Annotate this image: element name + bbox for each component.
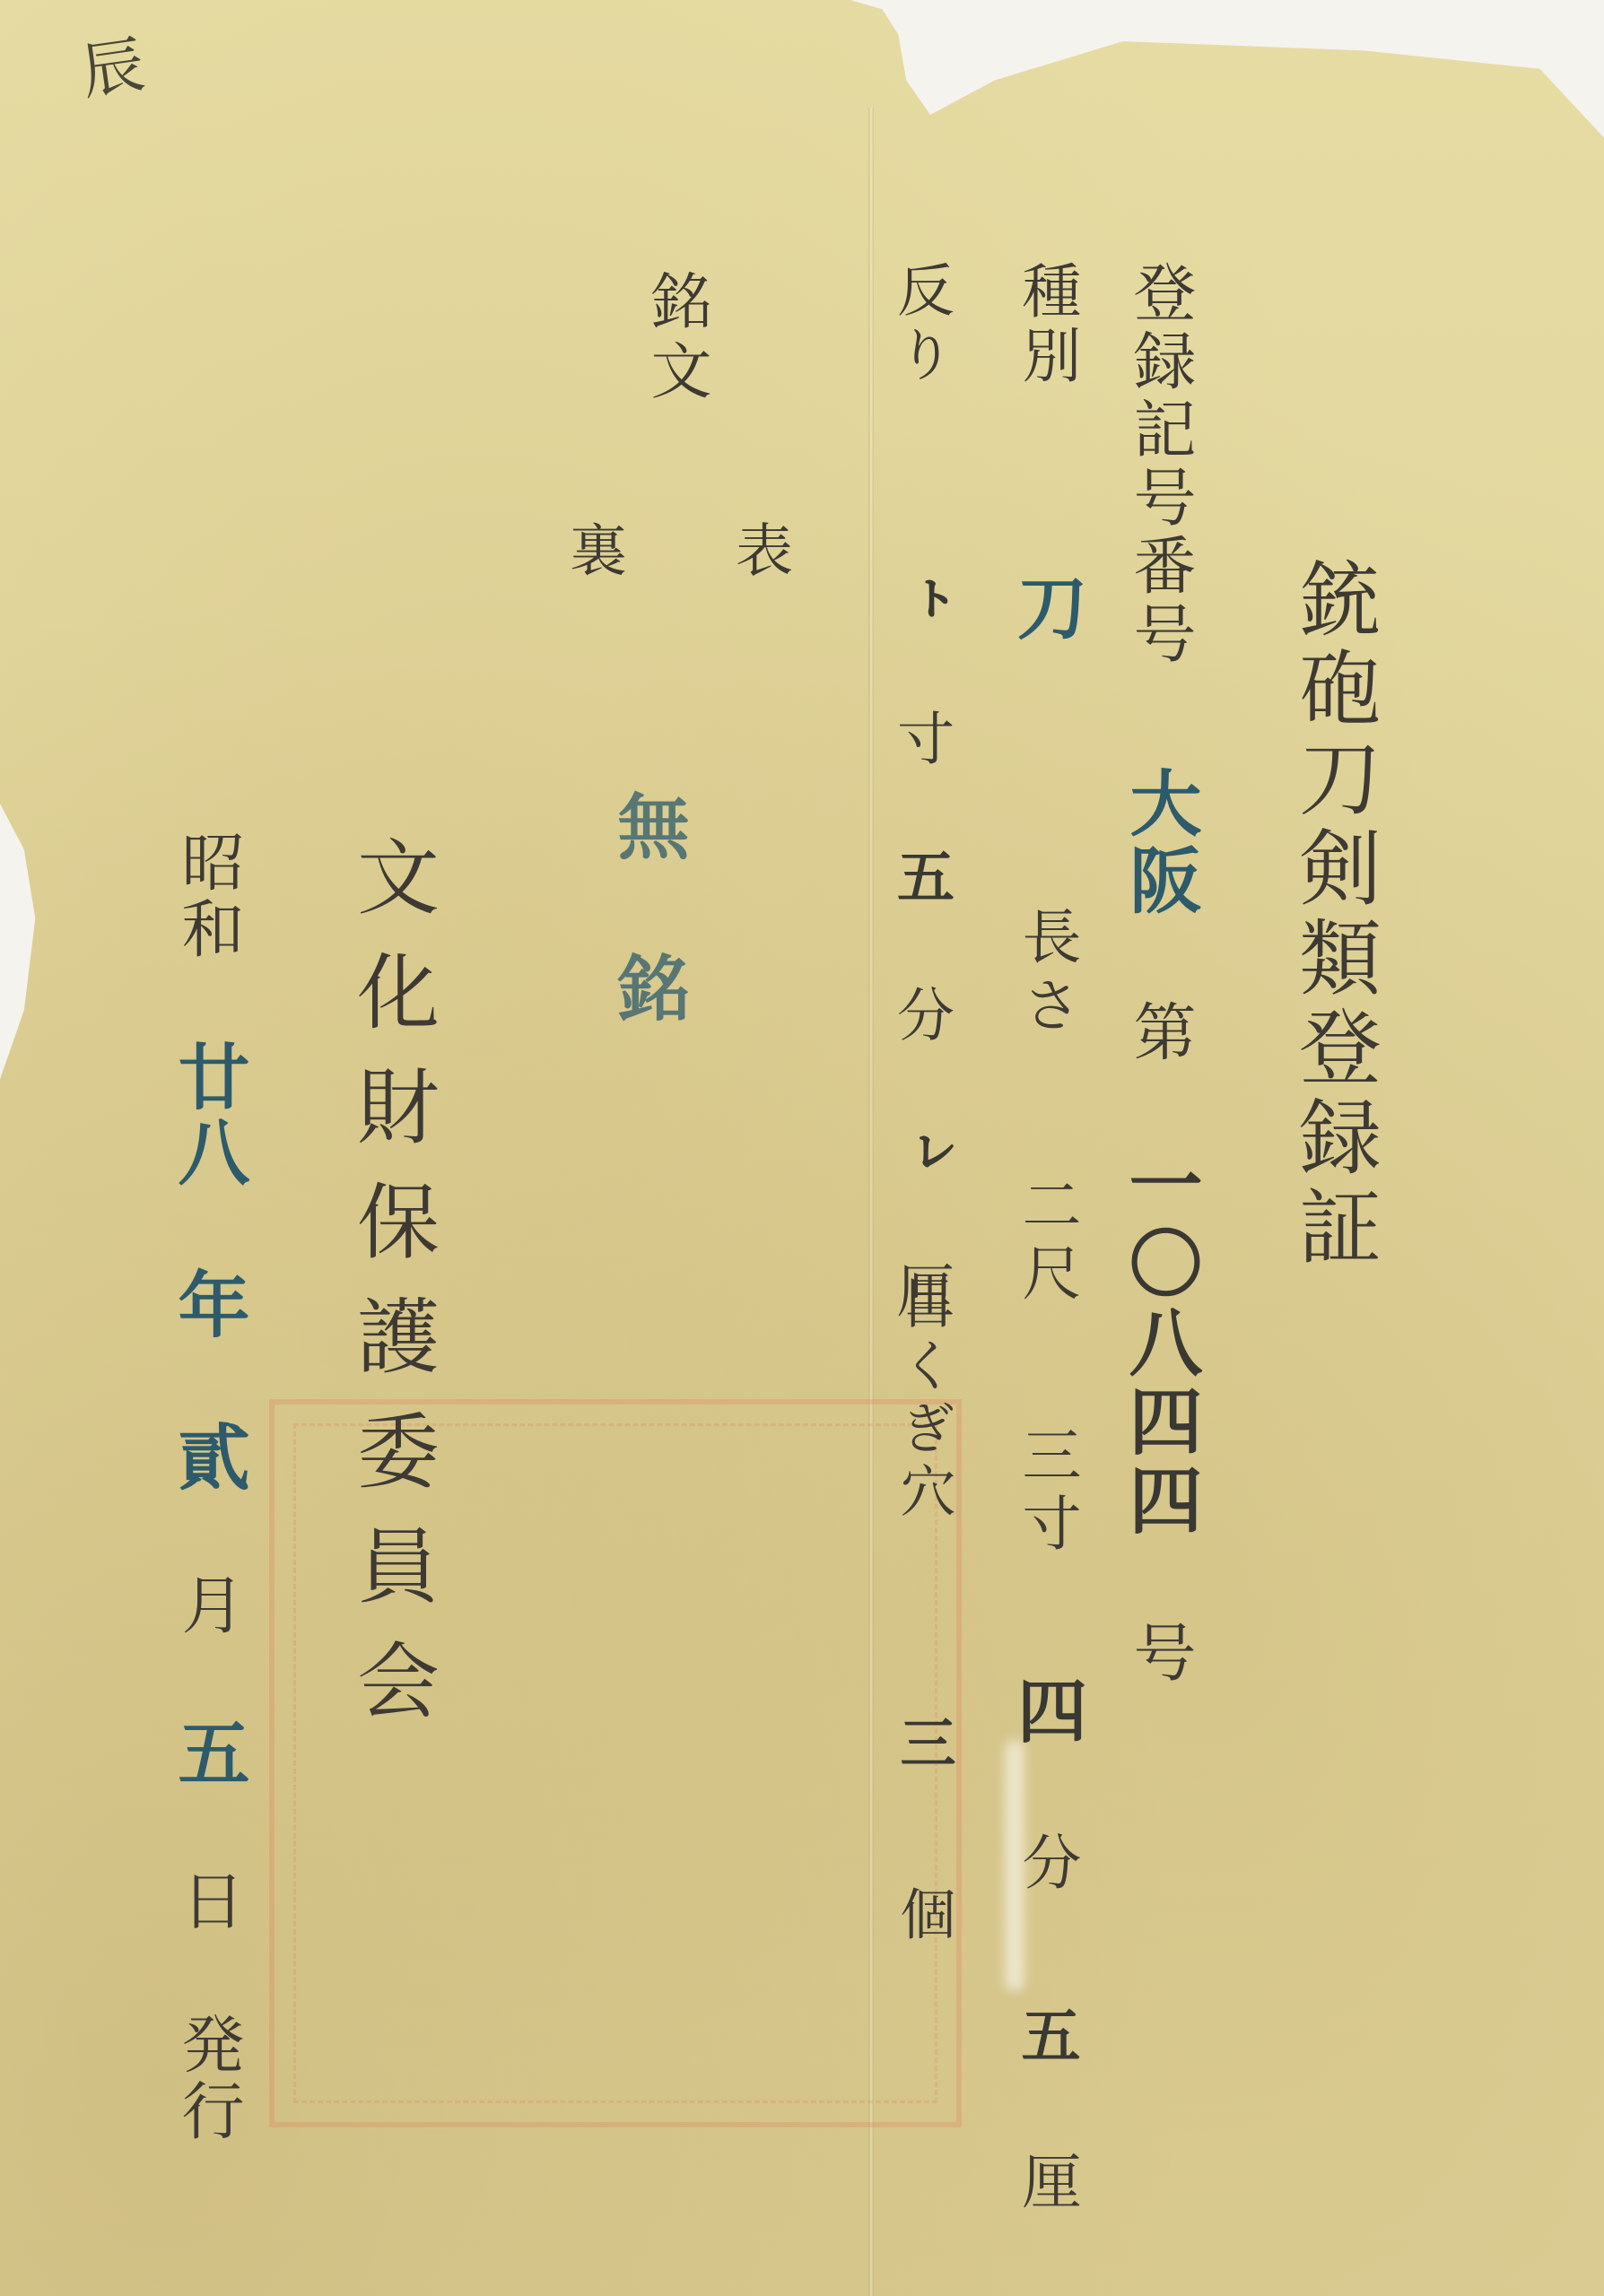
- issue-day-unit: 日: [171, 1868, 245, 1935]
- inscription-label: 銘文: [632, 269, 719, 409]
- certificate-title: 銃砲刀剣類登録証: [1274, 556, 1392, 1274]
- issue-day: 五: [166, 1716, 250, 1791]
- length-bu-value: 四: [1006, 1674, 1087, 1753]
- issue-year: 廿八: [166, 1039, 250, 1190]
- registration-prefix: 第: [1123, 999, 1197, 1067]
- curvature-bu-value: 五: [887, 847, 955, 911]
- registration-prefecture: 大阪: [1118, 766, 1202, 920]
- mekugi-ana-unit: 個: [891, 1885, 956, 1948]
- curvature-rin-value: ㇾ: [887, 1123, 955, 1187]
- length-rin-unit: 厘: [1012, 2151, 1081, 2219]
- inscription-back-label: 裏: [552, 520, 634, 578]
- length-field: 長さ 二尺 三寸 四 分 五 厘: [996, 906, 1096, 2219]
- curvature-field: 反り ㇳ 寸 五 分 ㇾ 厘: [879, 260, 962, 1326]
- registration-label: 登録記号番号: [1123, 260, 1197, 669]
- curvature-label: 反り: [887, 260, 954, 389]
- type-label: 種別: [1012, 260, 1081, 389]
- registration-suffix: 号: [1123, 1620, 1197, 1688]
- curvature-sun-value: ㇳ: [887, 570, 955, 635]
- length-bu-unit: 分: [1012, 1831, 1081, 1900]
- length-label: 長さ: [1012, 906, 1081, 1042]
- inscription-front-label: 表: [718, 520, 800, 578]
- corner-handwritten-mark: 辰: [74, 14, 149, 113]
- curvature-bu-unit: 分: [887, 985, 954, 1049]
- inscription-value: 無銘: [597, 789, 700, 1112]
- mekugi-ana-field: 目くぎ穴 三 個: [884, 1274, 963, 1948]
- length-rin-value: 五: [1011, 2005, 1081, 2073]
- mekugi-ana-label: 目くぎ穴: [891, 1274, 956, 1525]
- registration-number-row: 登録記号番号 大阪 第 一〇八四四 号: [1108, 260, 1213, 1688]
- issue-suffix: 発行: [171, 2012, 245, 2144]
- type-field: 種別 刀: [996, 260, 1096, 647]
- issue-month: 貳: [166, 1420, 250, 1495]
- registration-number: 一〇八四四: [1117, 1146, 1203, 1541]
- issue-date: 昭和 廿八 年 貳 月 五 日 発行: [157, 830, 260, 2144]
- length-shaku: 二尺: [1012, 1174, 1081, 1310]
- issue-era: 昭和: [171, 830, 245, 962]
- issuer-name: 文化財保護委員会: [332, 834, 450, 1752]
- issue-month-unit: 月: [171, 1572, 245, 1639]
- length-sun: 三寸: [1012, 1424, 1081, 1561]
- issue-year-unit: 年: [166, 1267, 250, 1343]
- mekugi-ana-value: 三: [891, 1714, 956, 1777]
- curvature-sun-unit: 寸: [887, 709, 954, 773]
- type-value: 刀: [1006, 571, 1087, 647]
